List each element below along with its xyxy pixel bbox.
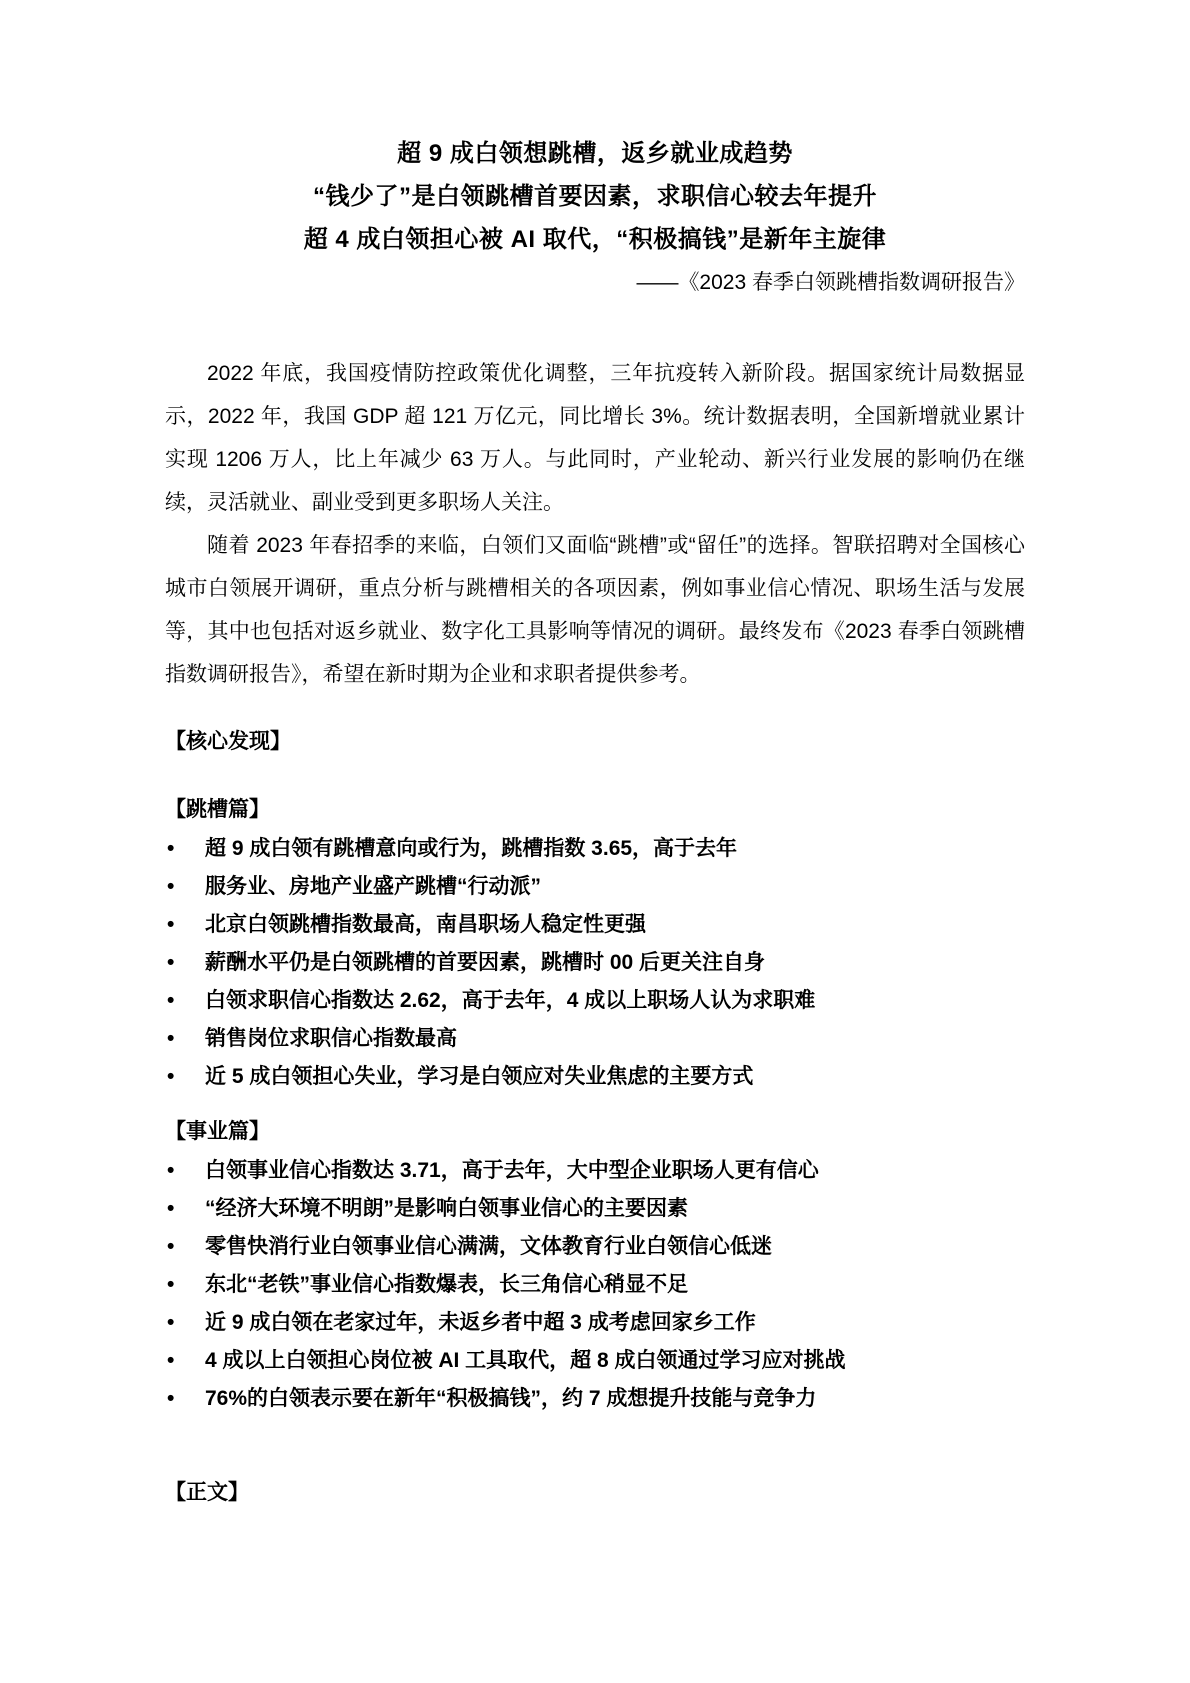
list-item: •近 5 成白领担心失业，学习是白领应对失业焦虑的主要方式 bbox=[165, 1058, 1025, 1096]
bullet-icon: • bbox=[167, 1058, 174, 1096]
list-item-text: 超 9 成白领有跳槽意向或行为，跳槽指数 3.65，高于去年 bbox=[205, 837, 737, 860]
list-item: •销售岗位求职信心指数最高 bbox=[165, 1020, 1025, 1058]
list-item: •白领事业信心指数达 3.71，高于去年，大中型企业职场人更有信心 bbox=[165, 1152, 1025, 1190]
bullet-icon: • bbox=[167, 982, 174, 1020]
bullet-icon: • bbox=[167, 1266, 174, 1304]
list-item-text: 4 成以上白领担心岗位被 AI 工具取代，超 8 成白领通过学习应对挑战 bbox=[205, 1349, 846, 1372]
bullet-icon: • bbox=[167, 944, 174, 982]
list-item-text: 零售快消行业白领事业信心满满，文体教育行业白领信心低迷 bbox=[205, 1235, 772, 1258]
list-item: •服务业、房地产业盛产跳槽“行动派” bbox=[165, 868, 1025, 906]
document-page: 超 9 成白领想跳槽，返乡就业成趋势 “钱少了”是白领跳槽首要因素，求职信心较去… bbox=[0, 0, 1190, 1683]
section-heading-job-hopping: 【跳槽篇】 bbox=[165, 790, 1025, 830]
bullet-icon: • bbox=[167, 1304, 174, 1342]
list-item: •零售快消行业白领事业信心满满，文体教育行业白领信心低迷 bbox=[165, 1228, 1025, 1266]
report-title-line-1: 超 9 成白领想跳槽，返乡就业成趋势 bbox=[165, 132, 1025, 175]
list-item-text: 销售岗位求职信心指数最高 bbox=[205, 1027, 457, 1050]
list-item-text: “经济大环境不明朗”是影响白领事业信心的主要因素 bbox=[205, 1197, 688, 1220]
list-item-text: 近 9 成白领在老家过年，未返乡者中超 3 成考虑回家乡工作 bbox=[205, 1311, 756, 1334]
section-heading-career: 【事业篇】 bbox=[165, 1112, 1025, 1152]
section-heading-core-findings: 【核心发现】 bbox=[165, 722, 1025, 762]
report-title: 超 9 成白领想跳槽，返乡就业成趋势 “钱少了”是白领跳槽首要因素，求职信心较去… bbox=[165, 132, 1025, 261]
intro-paragraph-2: 随着 2023 年春招季的来临，白领们又面临“跳槽”或“留任”的选择。智联招聘对… bbox=[165, 524, 1025, 696]
bullet-icon: • bbox=[167, 868, 174, 906]
report-source-byline: ——《2023 春季白领跳槽指数调研报告》 bbox=[165, 261, 1025, 304]
bullet-icon: • bbox=[167, 1342, 174, 1380]
report-title-line-3: 超 4 成白领担心被 AI 取代，“积极搞钱”是新年主旋律 bbox=[165, 218, 1025, 261]
list-item-text: 东北“老铁”事业信心指数爆表，长三角信心稍显不足 bbox=[205, 1273, 688, 1296]
bullet-icon: • bbox=[167, 906, 174, 944]
list-item: •东北“老铁”事业信心指数爆表，长三角信心稍显不足 bbox=[165, 1266, 1025, 1304]
bullet-icon: • bbox=[167, 830, 174, 868]
list-item: •76%的白领表示要在新年“积极搞钱”，约 7 成想提升技能与竞争力 bbox=[165, 1380, 1025, 1418]
list-item: •4 成以上白领担心岗位被 AI 工具取代，超 8 成白领通过学习应对挑战 bbox=[165, 1342, 1025, 1380]
bullet-icon: • bbox=[167, 1190, 174, 1228]
report-title-line-2: “钱少了”是白领跳槽首要因素，求职信心较去年提升 bbox=[165, 175, 1025, 218]
list-item: •“经济大环境不明朗”是影响白领事业信心的主要因素 bbox=[165, 1190, 1025, 1228]
bullet-icon: • bbox=[167, 1020, 174, 1058]
list-item: •薪酬水平仍是白领跳槽的首要因素，跳槽时 00 后更关注自身 bbox=[165, 944, 1025, 982]
intro-paragraph-1: 2022 年底，我国疫情防控政策优化调整，三年抗疫转入新阶段。据国家统计局数据显… bbox=[165, 352, 1025, 524]
job-hopping-bullet-list: •超 9 成白领有跳槽意向或行为，跳槽指数 3.65，高于去年 •服务业、房地产… bbox=[165, 830, 1025, 1096]
list-item-text: 服务业、房地产业盛产跳槽“行动派” bbox=[205, 875, 541, 898]
bullet-icon: • bbox=[167, 1228, 174, 1266]
list-item: •近 9 成白领在老家过年，未返乡者中超 3 成考虑回家乡工作 bbox=[165, 1304, 1025, 1342]
list-item-text: 近 5 成白领担心失业，学习是白领应对失业焦虑的主要方式 bbox=[205, 1065, 753, 1088]
list-item-text: 白领求职信心指数达 2.62，高于去年，4 成以上职场人认为求职难 bbox=[205, 989, 815, 1012]
bullet-icon: • bbox=[167, 1152, 174, 1190]
intro-section: 2022 年底，我国疫情防控政策优化调整，三年抗疫转入新阶段。据国家统计局数据显… bbox=[165, 352, 1025, 696]
list-item-text: 白领事业信心指数达 3.71，高于去年，大中型企业职场人更有信心 bbox=[205, 1159, 819, 1182]
list-item: •白领求职信心指数达 2.62，高于去年，4 成以上职场人认为求职难 bbox=[165, 982, 1025, 1020]
section-heading-main-text: 【正文】 bbox=[165, 1473, 1025, 1513]
list-item: •超 9 成白领有跳槽意向或行为，跳槽指数 3.65，高于去年 bbox=[165, 830, 1025, 868]
list-item-text: 76%的白领表示要在新年“积极搞钱”，约 7 成想提升技能与竞争力 bbox=[205, 1387, 816, 1410]
list-item-text: 北京白领跳槽指数最高，南昌职场人稳定性更强 bbox=[205, 913, 646, 936]
bullet-icon: • bbox=[167, 1380, 174, 1418]
career-bullet-list: •白领事业信心指数达 3.71，高于去年，大中型企业职场人更有信心 •“经济大环… bbox=[165, 1152, 1025, 1418]
list-item: •北京白领跳槽指数最高，南昌职场人稳定性更强 bbox=[165, 906, 1025, 944]
list-item-text: 薪酬水平仍是白领跳槽的首要因素，跳槽时 00 后更关注自身 bbox=[205, 951, 765, 974]
